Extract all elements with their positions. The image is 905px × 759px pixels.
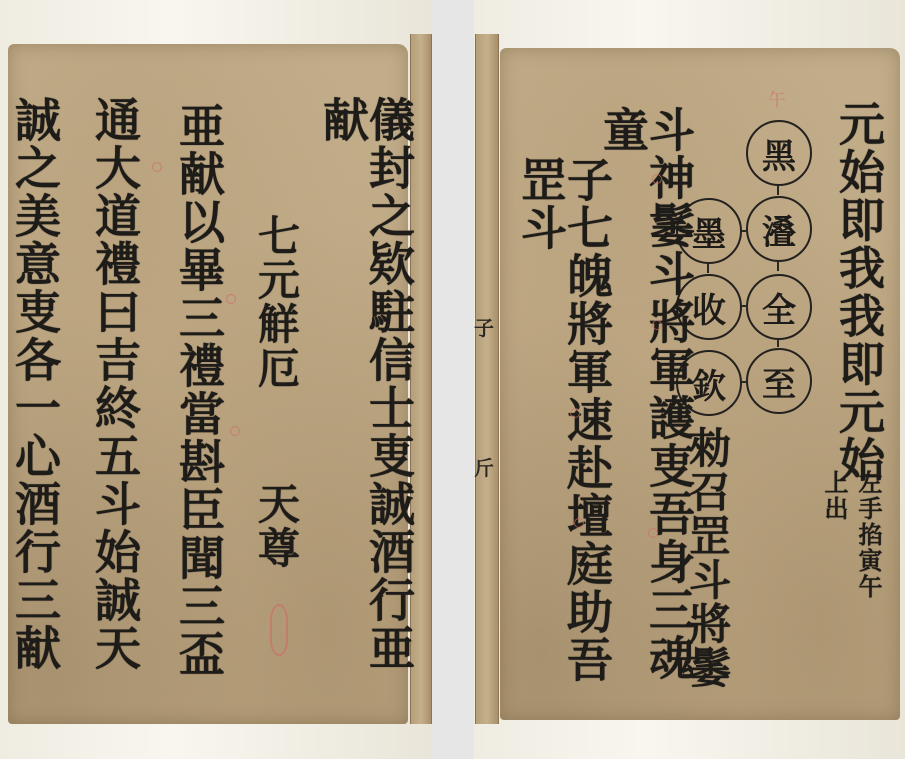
talisman-circle-quan: 全 <box>746 274 812 340</box>
left-column-5: 誠之美意叓各一心酒行三献 <box>12 96 58 716</box>
right-column-4: 子七魄將軍速赴壇庭助吾罡斗 <box>518 156 610 716</box>
scan-gutter <box>432 0 474 759</box>
red-ink-dot <box>570 408 580 418</box>
red-ink-dot <box>574 518 584 528</box>
right-fold-strip <box>475 34 499 724</box>
right-column-1-note-a: 左手掐寅午 <box>856 470 880 670</box>
talisman-connector <box>777 185 779 195</box>
left-column-3: 亜献以畢三禮當斟臣聞三盃 <box>176 102 222 722</box>
talisman-circle-hei: 黑 <box>746 120 812 186</box>
red-ink-dot <box>648 528 658 538</box>
red-ink-mark <box>270 604 288 656</box>
red-ink-dot <box>652 320 662 330</box>
talisman-connector <box>777 339 779 347</box>
gutter-mark-zi: 子 <box>474 312 494 341</box>
right-page: 午 元始即我我即元始 左手掐寅午 上出 黑 𣿫 全 至 墨 收 欽 勑召罡斗將䰀… <box>500 48 900 720</box>
talisman-connector <box>742 305 748 307</box>
red-ink-dot <box>152 162 162 172</box>
talisman-connector <box>707 263 709 273</box>
talisman-circle-2: 𣿫 <box>746 196 812 262</box>
red-ink-dot <box>226 294 236 304</box>
right-column-1-note-b: 上出 <box>822 470 846 540</box>
left-column-4: 通大道禮曰吉終五斗始誠天 <box>92 96 138 716</box>
red-mark-wu: 午 <box>768 86 786 112</box>
gutter-mark-jin: 斤 <box>474 452 494 481</box>
left-column-1: 儀封之欵駐信士叓誠酒行亜献 <box>320 96 412 716</box>
right-column-1: 元始即我我即元始 <box>836 100 882 500</box>
talisman-connector <box>742 230 748 232</box>
talisman-circle-zhi: 至 <box>746 348 812 414</box>
red-ink-dot <box>230 426 240 436</box>
left-column-2-b: 天尊 <box>255 482 297 592</box>
talisman-connector <box>777 261 779 271</box>
left-column-2-a: 七元觧厄 <box>255 214 297 424</box>
red-ink-dot <box>652 174 662 184</box>
talisman-connector <box>742 381 748 383</box>
left-page: 儀封之欵駐信士叓誠酒行亜献 七元觧厄 天尊 亜献以畢三禮當斟臣聞三盃 通大道禮曰… <box>8 44 408 724</box>
